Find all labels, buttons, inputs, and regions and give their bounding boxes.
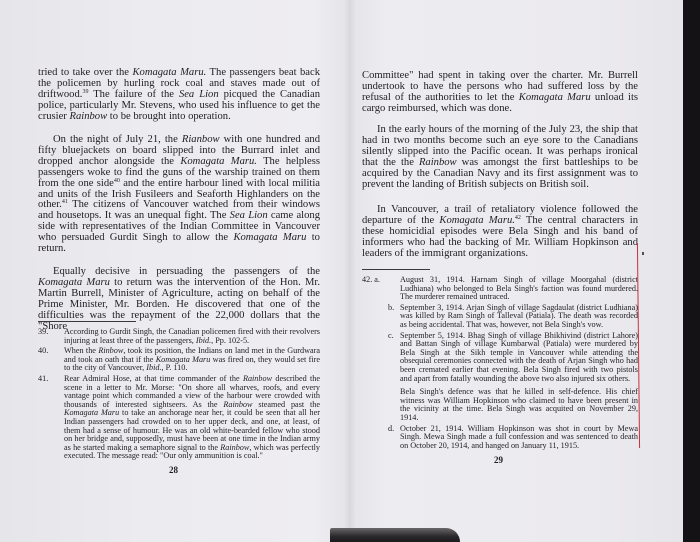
footnote-number: 40. [38, 347, 48, 356]
book-gutter [344, 0, 356, 542]
footnote: 42. a.August 31, 1914. Harnam Singh of v… [362, 276, 638, 302]
footnote: 40.When the Rinbow, took its position, t… [38, 347, 320, 373]
left-paragraph-3: Equally decisive in persuading the passe… [38, 267, 320, 332]
footnote-number: b. [388, 304, 394, 313]
right-paragraph-3: In Vancouver, a trail of retaliatory vio… [362, 205, 638, 260]
footnote: Bela Singh's defence was that he killed … [362, 388, 638, 422]
right-footnotes: 42. a.August 31, 1914. Harnam Singh of v… [362, 276, 638, 452]
footnote-divider [362, 269, 430, 270]
book-spread: tried to take over the Komagata Maru. Th… [0, 0, 700, 542]
left-page: tried to take over the Komagata Maru. Th… [38, 0, 320, 542]
page-number-28: 28 [169, 465, 178, 475]
footnote: b.September 3, 1914. Arjan Singh of vill… [362, 304, 638, 330]
left-paragraph-1: tried to take over the Komagata Maru. Th… [38, 68, 320, 123]
footnote-number: 41. [38, 375, 48, 384]
left-paragraph-2: On the night of July 21, the Rianbow wit… [38, 135, 320, 255]
left-footnotes: 39.According to Gurdit Singh, the Canadi… [38, 328, 320, 463]
right-paragraph-1: Committee" had spent in taking over the … [362, 71, 638, 115]
right-paragraph-2: In the early hours of the morning of the… [362, 125, 638, 190]
footnote: d.October 21, 1914. William Hopkinson wa… [362, 425, 638, 451]
footnote: c.September 5, 1914. Bhag Singh of villa… [362, 332, 638, 384]
scan-edge [683, 0, 700, 542]
footnote-number: d. [388, 425, 394, 434]
footnote: 41.Rear Admiral Hose, at that time comma… [38, 375, 320, 461]
footnote-divider [38, 321, 136, 322]
scan-shadow [330, 528, 460, 542]
margin-mark-dot [642, 252, 644, 255]
page-number-29: 29 [494, 455, 503, 465]
right-page: Committee" had spent in taking over the … [362, 0, 638, 542]
footnote: 39.According to Gurdit Singh, the Canadi… [38, 328, 320, 345]
footnote-number: c. [388, 332, 394, 341]
footnote-number: 42. a. [362, 276, 380, 285]
footnote-number: 39. [38, 328, 48, 337]
